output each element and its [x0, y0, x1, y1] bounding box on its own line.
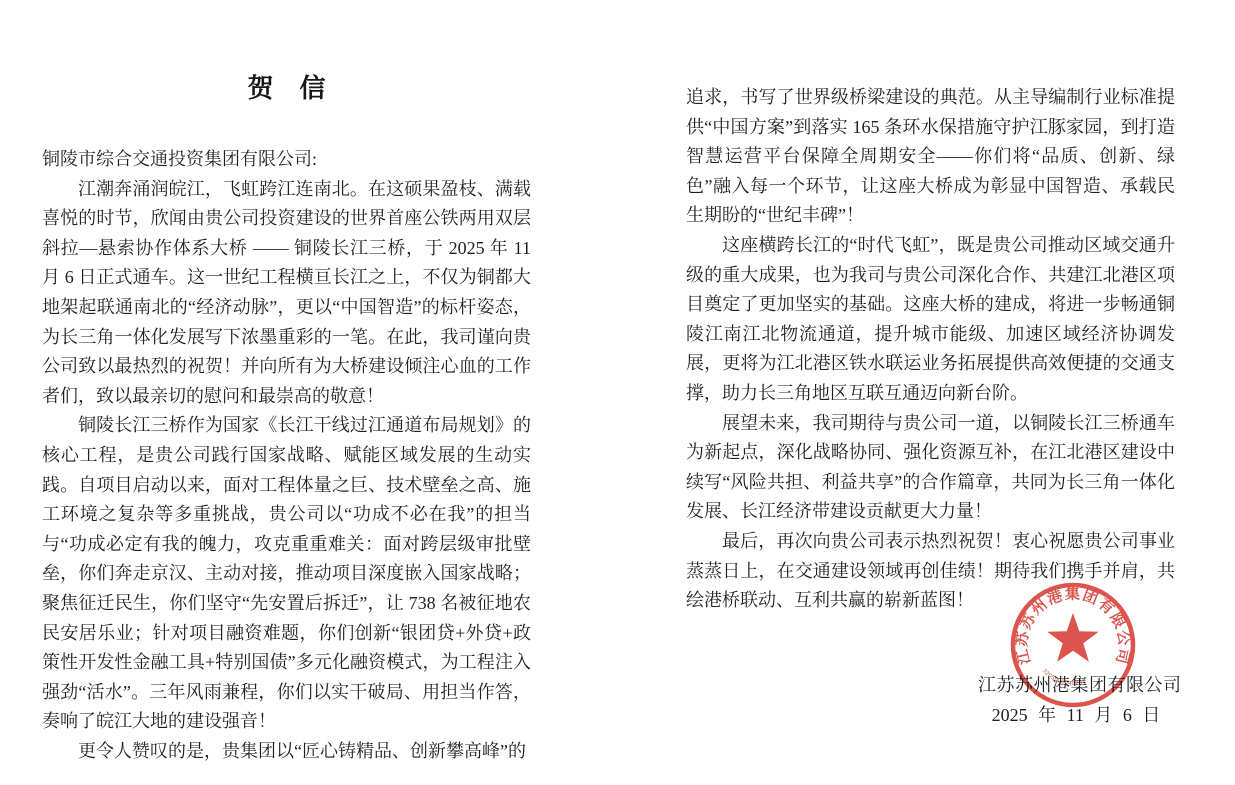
- body-paragraph: 这座横跨长江的“时代飞虹”，既是贵公司推动区域交通升级的重大成果，也为我司与贵公…: [686, 231, 1175, 409]
- seal-star-icon: [1047, 613, 1098, 662]
- seal-number-text: 3205000049701: [1041, 668, 1087, 687]
- left-paragraphs: 江潮奔涌润皖江，飞虹跨江连南北。在这硕果盈枝、满载喜悦的时节，欣闻由贵公司投资建…: [42, 175, 531, 767]
- company-seal-stamp: 江苏苏州港集团有限公司 3205000049701: [1008, 580, 1138, 710]
- letter-page: 贺 信 铜陵市综合交通投资集团有限公司: 江潮奔涌润皖江，飞虹跨江连南北。在这硕…: [0, 0, 1235, 785]
- letter-title: 贺 信: [42, 74, 531, 104]
- left-column: 贺 信 铜陵市综合交通投资集团有限公司: 江潮奔涌润皖江，飞虹跨江连南北。在这硕…: [42, 74, 531, 766]
- body-paragraph: 追求，书写了世界级桥梁建设的典范。从主导编制行业标准提供“中国方案”到落实 16…: [686, 83, 1175, 231]
- body-paragraph: 铜陵长江三桥作为国家《长江干线过江通道布局规划》的核心工程，是贵公司践行国家战略…: [42, 411, 531, 737]
- right-column: 追求，书写了世界级桥梁建设的典范。从主导编制行业标准提供“中国方案”到落实 16…: [686, 83, 1175, 616]
- body-paragraph: 展望未来，我司期待与贵公司一道，以铜陵长江三桥通车为新起点，深化战略协同、强化资…: [686, 409, 1175, 527]
- salutation-line: 铜陵市综合交通投资集团有限公司:: [42, 145, 531, 175]
- body-paragraph: 更令人赞叹的是，贵集团以“匠心铸精品、创新攀高峰”的: [42, 737, 531, 767]
- body-paragraph: 江潮奔涌润皖江，飞虹跨江连南北。在这硕果盈枝、满载喜悦的时节，欣闻由贵公司投资建…: [42, 175, 531, 412]
- right-paragraphs: 追求，书写了世界级桥梁建设的典范。从主导编制行业标准提供“中国方案”到落实 16…: [686, 83, 1175, 616]
